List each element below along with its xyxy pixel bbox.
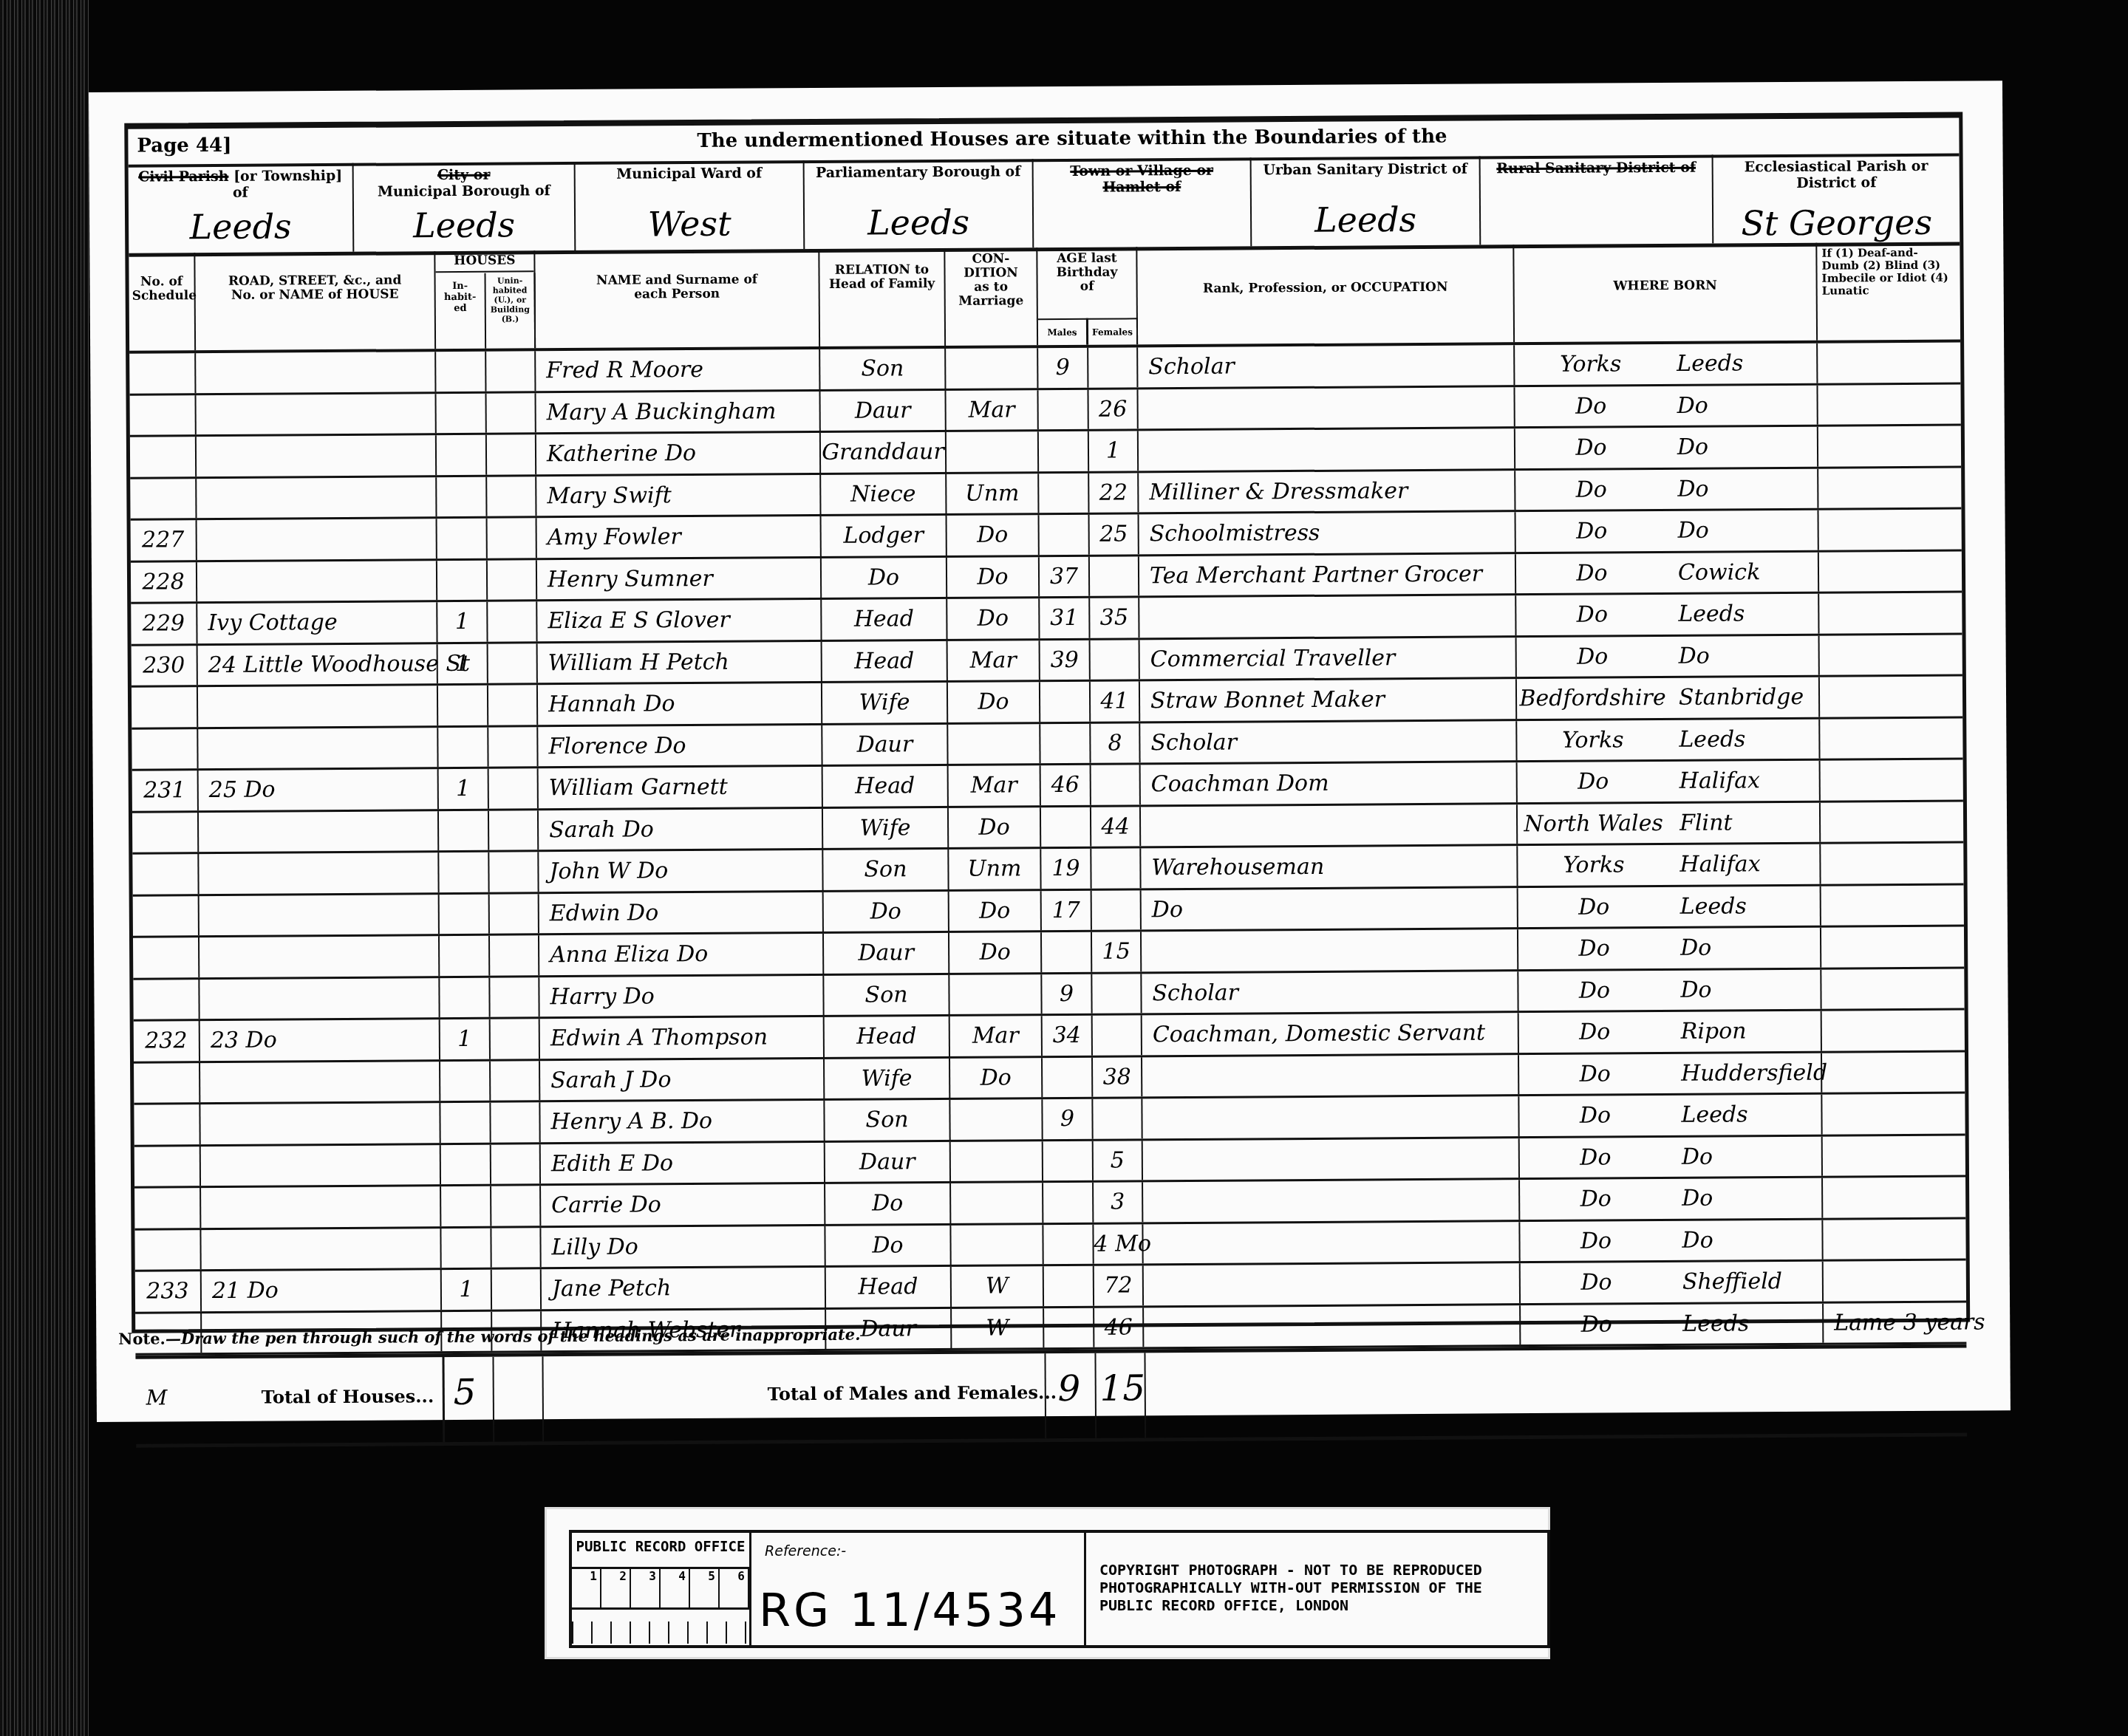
cell-condition: Do [949,932,1042,972]
jurisdiction-municipal-ward: Municipal Ward of West [576,160,805,250]
cell-occupation [1141,804,1518,847]
cell-condition: Mar [948,640,1040,680]
cell-schedule: 227 [131,520,197,560]
cell-uninhabited [490,977,539,1017]
cell-infirmity [1821,802,1956,842]
cell-name: Edwin A Thompson [540,1017,825,1059]
cell-county: Do [1521,1304,1672,1344]
cell-condition [951,1225,1043,1265]
cell-schedule: 231 [132,770,199,810]
cell-occupation: Milliner & Dressmaker [1139,471,1515,513]
cell-relation: Wife [822,683,948,723]
cell-female: 15 [1092,932,1142,971]
cell-inhabited [441,1228,491,1268]
scale-number: 6 [720,1569,749,1607]
cell-occupation: Scholar [1138,345,1515,387]
cell-county: Do [1520,1137,1671,1178]
jurisdiction-ecclesiastical: Ecclesiastical Parish or District of St … [1713,154,1960,244]
cell-relation: Wife [823,807,949,848]
header-name: NAME and Surname of each Person [535,249,820,348]
cell-infirmity [1824,1261,1959,1302]
cell-county: Do [1521,1262,1672,1303]
cell-place: Do [1670,928,1821,968]
cell-uninhabited [486,393,536,433]
cell-name: Henry A B. Do [540,1101,825,1142]
cell-occupation: Do [1142,888,1518,930]
cell-female: 38 [1093,1057,1142,1097]
cell-place: Do [1668,635,1820,676]
cell-uninhabited [489,852,539,892]
cell-county: Do [1520,1179,1671,1220]
cell-uninhabited [488,518,537,558]
cell-place: Stanbridge [1668,677,1820,718]
cell-inhabited: 1 [442,1270,492,1310]
cell-county: Do [1517,636,1668,677]
cell-occupation: Schoolmistress [1139,512,1516,554]
census-form: Page 44] The undermentioned Houses are s… [124,112,1970,1333]
cell-male [1043,1141,1094,1180]
cell-occupation [1142,1096,1519,1138]
cell-female: 5 [1094,1141,1143,1180]
cell-road [198,728,438,768]
cell-road [197,394,437,434]
cell-uninhabited [489,810,539,850]
jurisdiction-town-village: Town or Village or Hamlet of [1034,157,1252,247]
cell-female: 44 [1091,807,1141,847]
cell-relation: Do [825,1183,951,1224]
jurisdiction-urban-sanitary: Urban Sanitary District of Leeds [1252,156,1481,246]
cell-place: Leeds [1666,344,1818,384]
cell-uninhabited [488,560,537,600]
cell-female [1090,556,1139,596]
cell-uninhabited [491,1228,541,1268]
cell-uninhabited [488,727,538,767]
cell-condition: Do [947,515,1040,555]
cell-occupation [1144,1305,1521,1347]
cell-condition [949,974,1042,1014]
cell-road [199,895,440,935]
cell-road: 25 Do [199,769,439,810]
cell-relation: Wife [825,1058,950,1098]
cell-condition: Unm [947,474,1039,513]
header-females: Females [1088,318,1138,344]
cell-condition: Unm [949,849,1041,889]
cell-place: Huddersfield [1671,1053,1822,1093]
jurisdiction-label: Municipal Ward of [616,165,762,182]
cell-name: Hannah Do [538,683,822,725]
cell-uninhabited [491,1061,540,1101]
header-males: Males [1038,318,1088,345]
cell-uninhabited [487,476,536,516]
cell-inhabited: 1 [437,602,488,642]
cell-road [201,1186,441,1227]
cell-inhabited [441,1144,491,1184]
cell-occupation [1142,1055,1519,1097]
cell-county: Yorks [1518,845,1669,886]
cell-occupation: Warehouseman [1141,846,1518,888]
cell-uninhabited [490,894,539,934]
cell-male: 9 [1043,1099,1093,1139]
cell-female: 22 [1089,473,1139,513]
scale-numbers: 1 2 3 4 5 6 [572,1567,749,1610]
jurisdiction-value: West [576,203,803,245]
cell-county: Do [1516,595,1668,635]
total-females-value: 15 [1100,1367,1145,1409]
cell-inhabited: 1 [438,643,488,683]
cell-county: Do [1516,553,1668,593]
cell-road [201,1228,441,1269]
cell-name: Katherine Do [536,433,821,474]
cell-female: 4 Mo [1094,1224,1143,1264]
cell-condition: W [952,1308,1044,1348]
cell-occupation: Tea Merchant Partner Grocer [1139,554,1516,596]
cell-place: Do [1671,1178,1823,1219]
cell-inhabited [437,560,488,600]
cell-name: Florence Do [538,725,822,766]
cell-place: Do [1668,510,1819,551]
cell-relation: Daur [820,390,946,431]
cell-road [197,435,437,476]
office-title: PUBLIC RECORD OFFICE [572,1539,749,1555]
ruler-scale [572,1607,749,1644]
table-header: No. of Schedule ROAD, STREET, &c., and N… [129,242,1960,354]
cell-infirmity [1818,468,1954,508]
cell-condition [951,1183,1043,1223]
cell-infirmity [1823,1178,1958,1218]
cell-male [1044,1308,1094,1347]
cell-road [199,936,440,977]
cell-county: Do [1519,1096,1671,1136]
cell-relation: Son [824,974,949,1015]
cell-infirmity [1821,844,1956,884]
cell-male: 31 [1040,598,1090,638]
cell-occupation: Scholar [1140,721,1517,763]
total-houses-label: Total of Houses... [262,1385,434,1407]
cell-uninhabited [486,351,536,391]
cell-inhabited [436,352,486,392]
cell-female: 41 [1091,681,1140,721]
cell-female [1091,640,1140,680]
cell-schedule [134,1146,201,1186]
cell-uninhabited [491,1144,541,1184]
cell-female: 46 [1094,1308,1144,1347]
cell-occupation [1144,1263,1521,1305]
cell-name: Carrie Do [541,1184,825,1226]
jurisdiction-value: St Georges [1713,202,1960,244]
cell-female [1092,890,1142,930]
cell-inhabited [441,1186,491,1226]
cell-schedule [134,1063,200,1103]
cell-inhabited [439,852,489,892]
cell-place: Halifax [1669,844,1821,885]
cell-schedule [133,896,199,936]
cell-infirmity [1821,968,1957,1009]
cell-road [197,477,437,518]
jurisdiction-value: Leeds [1252,199,1479,241]
cell-infirmity [1821,760,1956,801]
cell-schedule [132,854,199,894]
cell-schedule: 232 [134,1021,200,1061]
jurisdiction-value [1034,200,1250,202]
cell-road: Ivy Cottage [197,602,437,643]
cell-road [201,1145,441,1186]
cell-male [1043,1224,1094,1264]
reference-box: Reference:- RG 11/4534 [751,1533,1086,1645]
page-number: Page 44] [137,134,231,157]
cell-occupation: Scholar [1142,971,1518,1014]
cell-county: Do [1515,469,1667,510]
cell-place: Sheffield [1672,1262,1824,1302]
cell-name: Sarah Do [539,808,823,850]
cell-inhabited: 1 [439,769,489,809]
cell-infirmity [1818,510,1954,550]
cell-occupation [1142,929,1518,971]
cell-condition: Mar [950,1016,1043,1056]
cell-name: Eliza E S Glover [537,600,822,641]
cell-male [1040,515,1090,555]
cell-relation: Son [825,1100,950,1141]
cell-schedule [129,353,196,393]
cell-county: Do [1519,1012,1671,1053]
cell-relation: Head [822,640,948,681]
cell-condition: Do [950,1058,1043,1098]
divider [1144,1353,1146,1438]
cell-road: 24 Little Woodhouse St [198,644,438,685]
jurisdiction-label: [or Township] of [233,168,342,201]
cell-inhabited [437,435,487,475]
cell-place: Leeds [1671,1095,1822,1135]
scale-number: 4 [661,1569,690,1607]
cell-name: Mary A Buckingham [536,391,820,432]
cell-name: Jane Petch [542,1268,826,1309]
cell-female: 3 [1094,1182,1143,1222]
census-page: Page 44] The undermentioned Houses are s… [89,81,2011,1422]
cell-relation: Head [823,766,949,807]
cell-relation: Head [826,1267,952,1308]
cell-schedule [132,687,198,727]
cell-road: 21 Do [202,1270,442,1310]
cell-uninhabited [489,768,539,808]
cell-condition: W [952,1266,1044,1306]
cell-name: William H Petch [538,641,822,683]
cell-occupation: Straw Bonnet Maker [1140,679,1517,721]
cell-name: John W Do [539,850,823,892]
note-lead: Note. [118,1329,166,1347]
cell-county: Do [1520,1220,1671,1261]
cell-infirmity [1822,1094,1957,1135]
header-uninhabited: Unin-habited (U.), or Building (B.) [486,273,536,348]
cell-schedule: 233 [135,1271,202,1311]
cell-infirmity [1819,551,1954,592]
cell-road [199,852,439,893]
cell-name: William Garnett [539,767,823,808]
header-where-born: WHERE BORN [1514,243,1818,343]
cell-relation: Do [824,891,949,932]
cell-male [1040,723,1091,763]
cell-place: Leeds [1670,886,1821,926]
cell-uninhabited [488,643,538,683]
cell-county: Do [1519,1053,1671,1094]
cell-condition: Mar [949,765,1041,805]
cell-male [1042,932,1092,972]
cell-male [1040,682,1091,722]
jurisdiction-rural-sanitary: Rural Sanitary District of [1481,155,1714,245]
cell-condition: Do [947,557,1040,597]
cell-inhabited [440,977,490,1017]
boundaries-title: The undermentioned Houses are situate wi… [697,126,1447,152]
cell-county: Do [1515,428,1667,468]
cell-occupation: Coachman, Domestic Servant [1142,1013,1519,1055]
cell-occupation: Commercial Traveller [1140,638,1517,680]
cell-place: Do [1667,468,1818,509]
cell-road [197,561,437,601]
cell-schedule [130,395,197,435]
cell-condition: Do [949,891,1042,931]
cell-female: 35 [1090,598,1139,638]
cell-place: Do [1667,427,1818,468]
cell-inhabited [440,1103,491,1143]
cell-female: 25 [1090,514,1139,554]
cell-uninhabited [492,1269,542,1309]
cell-name: Sarah J Do [540,1059,825,1100]
cell-male [1043,1183,1094,1223]
cell-schedule: 229 [131,604,197,643]
jurisdiction-value: Leeds [805,202,1032,243]
cell-female: 72 [1094,1265,1144,1305]
scale-number: 1 [572,1569,601,1607]
cell-name: Lilly Do [541,1226,825,1267]
cell-male: 9 [1042,974,1092,1014]
cell-relation: Do [822,557,947,598]
cell-female [1093,1098,1142,1138]
cell-inhabited [436,393,486,433]
cell-road [196,352,436,392]
cell-female [1088,347,1138,387]
scale-number: 3 [631,1569,661,1607]
jurisdiction-value: Leeds [354,205,574,246]
public-record-office-box: PUBLIC RECORD OFFICE 1 2 3 4 5 6 [572,1533,751,1645]
cell-place: Halifax [1669,761,1821,802]
cell-occupation [1139,428,1515,471]
cell-county: Yorks [1515,344,1666,385]
cell-name: Anna Eliza Do [539,934,824,975]
jurisdiction-label: Parliamentary Borough of [816,163,1021,181]
cell-schedule: 230 [132,646,198,686]
cell-schedule [132,729,198,769]
cell-road [200,1103,440,1144]
cell-male [1044,1266,1094,1306]
cell-schedule [133,937,199,977]
cell-schedule [132,813,199,852]
cell-relation: Daur [825,1141,951,1182]
jurisdiction-value: Leeds [129,206,352,247]
cell-male: 9 [1038,348,1088,388]
cell-infirmity [1818,426,1954,467]
jurisdiction-parliamentary-borough: Parliamentary Borough of Leeds [805,159,1034,249]
cell-infirmity [1821,927,1957,968]
divider [542,1356,544,1441]
divider [442,1357,445,1442]
cell-schedule [134,1188,201,1228]
cell-name: Henry Sumner [537,558,822,599]
cell-infirmity [1821,885,1957,926]
cell-place: Cowick [1668,552,1819,592]
cell-condition [946,348,1038,388]
cell-uninhabited [488,685,538,725]
cell-place: Flint [1669,802,1821,843]
cell-uninhabited [488,601,537,641]
cell-female [1092,974,1142,1014]
cell-county: Do [1518,886,1670,927]
cell-name: Amy Fowler [537,516,822,558]
cell-condition: Do [949,807,1041,847]
struck-label: Civil Parish [138,168,228,185]
header-occupation: Rank, Profession, or OCCUPATION [1137,245,1515,344]
cell-road [200,1062,440,1102]
cell-infirmity [1818,343,1953,383]
cell-schedule: 228 [131,562,197,602]
cell-inhabited: 1 [440,1019,491,1059]
cell-uninhabited [491,1019,540,1059]
cell-inhabited [440,936,490,976]
cell-male: 46 [1041,765,1091,805]
divider [1044,1353,1046,1438]
cell-name: Edith E Do [541,1142,825,1183]
cell-male: 19 [1041,849,1091,889]
cell-relation: Daur [824,933,949,974]
cell-male [1041,807,1091,847]
cell-condition: Do [947,598,1040,638]
cell-road [197,519,437,559]
divider [1094,1353,1097,1438]
header-infirmity: If (1) Deaf-and-Dumb (2) Blind (3) Imbec… [1817,242,1953,341]
cell-name: Harry Do [539,975,824,1016]
cell-county: Yorks [1517,720,1668,760]
header-relation: RELATION to Head of Family [819,248,946,346]
cell-place: Do [1671,1220,1823,1260]
cell-occupation [1143,1222,1520,1264]
cell-inhabited [438,727,488,767]
cell-relation: Son [820,349,946,389]
cell-male: 39 [1040,640,1091,680]
record-office-stamp: PUBLIC RECORD OFFICE 1 2 3 4 5 6 Referen… [545,1507,1550,1659]
reference-label: Reference:- [765,1543,846,1559]
cell-condition: Do [948,682,1040,722]
cell-infirmity [1822,1052,1957,1093]
cell-occupation [1139,595,1516,638]
cell-relation: Do [825,1225,951,1265]
cell-condition [951,1141,1043,1181]
cell-occupation [1143,1180,1520,1222]
cell-name: Mary Swift [536,474,821,516]
cell-inhabited [440,894,490,934]
total-houses-value: 5 [454,1372,477,1413]
cell-place: Do [1671,1136,1823,1177]
jurisdiction-label: Ecclesiastical Parish or District of [1745,158,1928,191]
cell-county: Do [1518,970,1670,1011]
cell-relation: Head [825,1016,950,1057]
cell-female: 26 [1088,389,1138,429]
cell-female [1093,1015,1142,1055]
header-road: ROAD, STREET, &c., and No. or NAME of HO… [195,251,436,350]
cell-infirmity [1822,1011,1957,1051]
cell-inhabited [437,519,488,558]
census-table: No. of Schedule ROAD, STREET, &c., and N… [129,242,1967,1448]
jurisdiction-value [1481,198,1712,199]
cell-county: North Wales [1518,803,1669,844]
header-condition: CON-DITION as to Marriage [945,247,1038,346]
cell-schedule [130,437,197,476]
